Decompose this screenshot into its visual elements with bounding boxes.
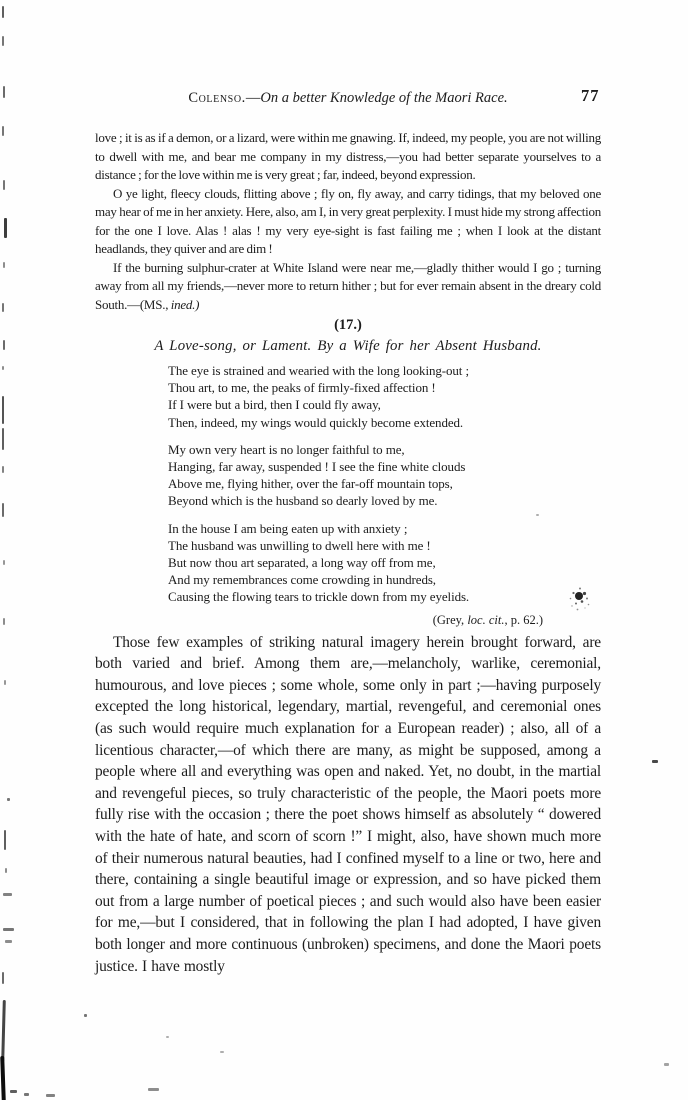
scan-speck xyxy=(220,1051,224,1053)
article-title: On a better Knowledge of the Maori Race. xyxy=(260,90,507,106)
poem-line: And my remembrances come crowding in hun… xyxy=(168,571,601,588)
poem-line: My own very heart is no longer faithful … xyxy=(168,441,601,458)
author-name: Colenso. xyxy=(188,90,246,106)
binding-streak xyxy=(0,1056,6,1100)
poem-line: Hanging, far away, suspended ! I see the… xyxy=(168,458,601,475)
binding-mark xyxy=(2,466,4,473)
binding-mark xyxy=(3,618,5,625)
header-dash: — xyxy=(246,90,261,106)
poem-stanza-1: The eye is strained and wearied with the… xyxy=(168,362,601,431)
poem-line: Above me, flying hither, over the far-of… xyxy=(168,475,601,492)
extract-paragraph-3-source: ined.) xyxy=(171,297,199,312)
poem-line: The eye is strained and wearied with the… xyxy=(168,362,601,379)
binding-mark xyxy=(4,680,6,685)
binding-mark xyxy=(3,893,12,896)
binding-mark xyxy=(2,428,4,450)
poem-title: A Love-song, or Lament. By a Wife for he… xyxy=(95,336,601,356)
binding-mark xyxy=(2,303,4,312)
running-header: Colenso.—On a better Knowledge of the Ma… xyxy=(95,90,601,107)
poem-stanza-2: My own very heart is no longer faithful … xyxy=(168,441,601,510)
poem-line: The husband was unwilling to dwell here … xyxy=(168,537,601,554)
binding-mark xyxy=(2,6,4,18)
poem-line: Thou art, to me, the peaks of firmly-fix… xyxy=(168,379,601,396)
poem-line: Then, indeed, my wings would quickly bec… xyxy=(168,414,601,431)
binding-mark xyxy=(2,366,4,370)
binding-mark xyxy=(2,126,4,136)
poem-line: Beyond which is the husband so dearly lo… xyxy=(168,492,601,509)
binding-mark xyxy=(4,830,6,850)
binding-mark xyxy=(5,940,12,943)
binding-mark xyxy=(2,503,4,517)
scan-speck xyxy=(84,1014,87,1017)
scan-speck xyxy=(166,1036,169,1038)
body-paragraph: Those few examples of striking natural i… xyxy=(95,632,601,978)
binding-mark xyxy=(3,180,5,190)
binding-mark xyxy=(4,218,7,238)
scan-speck xyxy=(10,1090,17,1093)
binding-mark xyxy=(2,972,4,984)
binding-mark xyxy=(3,340,5,350)
scan-speck xyxy=(536,514,539,516)
scan-speck xyxy=(148,1088,159,1091)
poem-stanza-3: In the house I am being eaten up with an… xyxy=(168,520,601,606)
binding-mark xyxy=(3,560,5,565)
poem-citation: (Grey, loc. cit., p. 62.) xyxy=(95,612,601,629)
binding-mark xyxy=(3,86,5,98)
extract-paragraph-2: O ye light, fleecy clouds, flitting abov… xyxy=(95,185,601,259)
scan-speck xyxy=(46,1094,55,1097)
poem-line: If I were but a bird, then I could fly a… xyxy=(168,396,601,413)
poem-section-number: (17.) xyxy=(95,316,601,335)
scan-speck xyxy=(652,760,658,763)
binding-mark xyxy=(5,868,7,873)
binding-mark xyxy=(3,262,5,268)
binding-mark xyxy=(2,36,4,46)
binding-mark xyxy=(7,798,10,801)
binding-mark xyxy=(2,396,4,424)
binding-mark xyxy=(3,928,14,931)
scanned-journal-page: Colenso.—On a better Knowledge of the Ma… xyxy=(0,0,688,1100)
poem-line: In the house I am being eaten up with an… xyxy=(168,520,601,537)
text-column: love ; it is as if a demon, or a lizard,… xyxy=(95,129,601,977)
binding-streak xyxy=(1,1000,6,1062)
extract-paragraph-3: If the burning sulphur-crater at White I… xyxy=(95,259,601,315)
poem: The eye is strained and wearied with the… xyxy=(168,362,601,606)
scan-speck xyxy=(664,1063,669,1066)
page-number: 77 xyxy=(581,86,600,106)
poem-line: Causing the flowing tears to trickle dow… xyxy=(168,588,601,605)
extract-paragraph-1: love ; it is as if a demon, or a lizard,… xyxy=(95,129,601,185)
citation-open: (Grey, xyxy=(433,613,468,627)
citation-work: loc. cit. xyxy=(467,613,504,627)
ink-blot xyxy=(565,585,595,615)
scan-speck xyxy=(24,1093,29,1096)
poem-line: But now thou art separated, a long way o… xyxy=(168,554,601,571)
citation-close: , p. 62.) xyxy=(504,613,543,627)
